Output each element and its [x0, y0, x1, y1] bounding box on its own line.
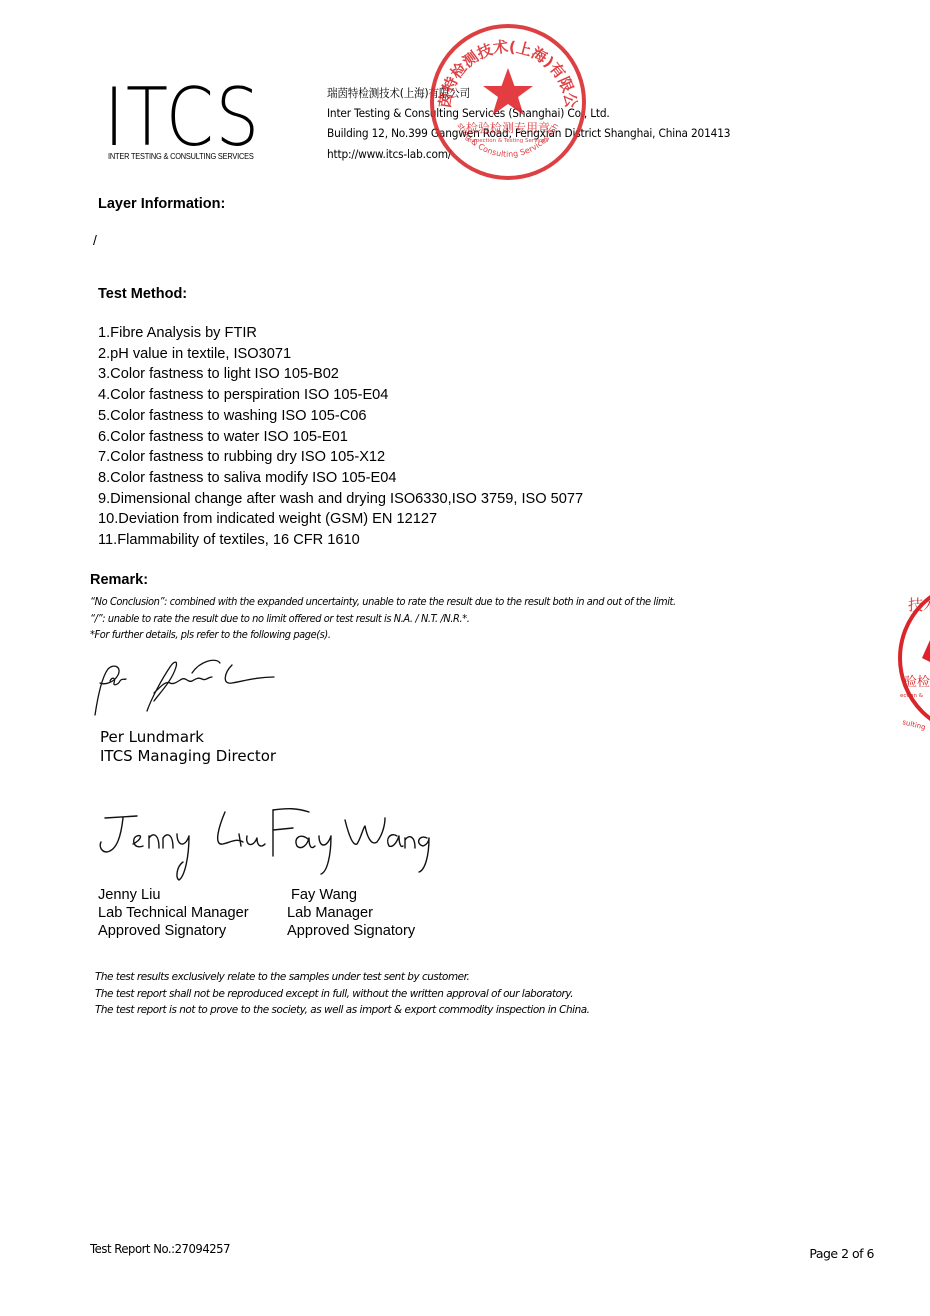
test-method-item: 2.pH value in textile, ISO3071: [98, 344, 583, 365]
disclaimer: The test results exclusively relate to t…: [95, 969, 590, 1019]
svg-text:ection &: ection &: [900, 693, 924, 699]
test-method-item: 9.Dimensional change after wash and dryi…: [98, 489, 583, 510]
test-method-item: 5.Color fastness to washing ISO 105-C06: [98, 406, 583, 427]
svg-text:检验检测专用章: 检验检测专用章: [466, 120, 550, 135]
page-number: Page 2 of 6: [809, 1246, 874, 1261]
test-method-item: 8.Color fastness to saliva modify ISO 10…: [98, 468, 583, 489]
svg-text:sulting: sulting: [902, 718, 927, 731]
director-title: ITCS Managing Director: [100, 747, 276, 766]
itcs-logo-tagline: INTER TESTING & CONSULTING SERVICES: [108, 152, 254, 161]
remark-line: *For further details, pls refer to the f…: [90, 627, 676, 644]
director-name: Per Lundmark: [100, 728, 276, 747]
signatory-fay-wang: Fay Wang Lab Manager Approved Signatory: [287, 886, 415, 940]
test-method-item: 7.Color fastness to rubbing dry ISO 105-…: [98, 447, 583, 468]
test-method-heading: Test Method:: [98, 286, 187, 302]
report-number: Test Report No.:27094257: [90, 1241, 230, 1256]
test-method-item: 6.Color fastness to water ISO 105-E01: [98, 427, 583, 448]
test-method-item: 3.Color fastness to light ISO 105-B02: [98, 364, 583, 385]
signatory-name: Jenny Liu: [98, 886, 249, 904]
signatory-title: Lab Manager: [287, 904, 415, 922]
signatory-jenny-liu: Jenny Liu Lab Technical Manager Approved…: [98, 886, 249, 940]
test-method-list: 1.Fibre Analysis by FTIR 2.pH value in t…: [98, 323, 583, 551]
itcs-logo-wordmark: ITCS: [104, 78, 261, 158]
svg-text:技术: 技术: [908, 596, 930, 614]
remark-line: “No Conclusion”: combined with the expan…: [90, 594, 676, 611]
director-block: Per Lundmark ITCS Managing Director: [100, 728, 276, 766]
remark-line: “/”: unable to rate the result due to no…: [90, 611, 676, 628]
layer-information-heading: Layer Information:: [98, 196, 225, 212]
official-stamp-icon: 瑞茵特检测技术(上海)有限公司 检验检测专用章 Inspection & Tes…: [428, 22, 588, 182]
disclaimer-line: The test report is not to prove to the s…: [95, 1002, 590, 1019]
svg-text:验检: 验检: [904, 674, 930, 690]
test-method-item: 10.Deviation from indicated weight (GSM)…: [98, 509, 583, 530]
test-method-item: 4.Color fastness to perspiration ISO 105…: [98, 385, 583, 406]
signatory-name: Fay Wang: [287, 886, 415, 904]
remark-notes: “No Conclusion”: combined with the expan…: [90, 594, 676, 644]
seam-stamp-icon: 技术 验检 ection & sulting: [896, 578, 930, 738]
director-signature-icon: [92, 655, 282, 720]
signatories-signature-icon: [97, 806, 432, 886]
signatory-role: Approved Signatory: [98, 922, 249, 940]
remark-heading: Remark:: [90, 572, 148, 588]
signatory-title: Lab Technical Manager: [98, 904, 249, 922]
signatory-role: Approved Signatory: [287, 922, 415, 940]
disclaimer-line: The test report shall not be reproduced …: [95, 986, 590, 1003]
layer-information-value: /: [93, 232, 97, 248]
test-method-item: 1.Fibre Analysis by FTIR: [98, 323, 583, 344]
test-method-item: 11.Flammability of textiles, 16 CFR 1610: [98, 530, 583, 551]
disclaimer-line: The test results exclusively relate to t…: [95, 969, 590, 986]
